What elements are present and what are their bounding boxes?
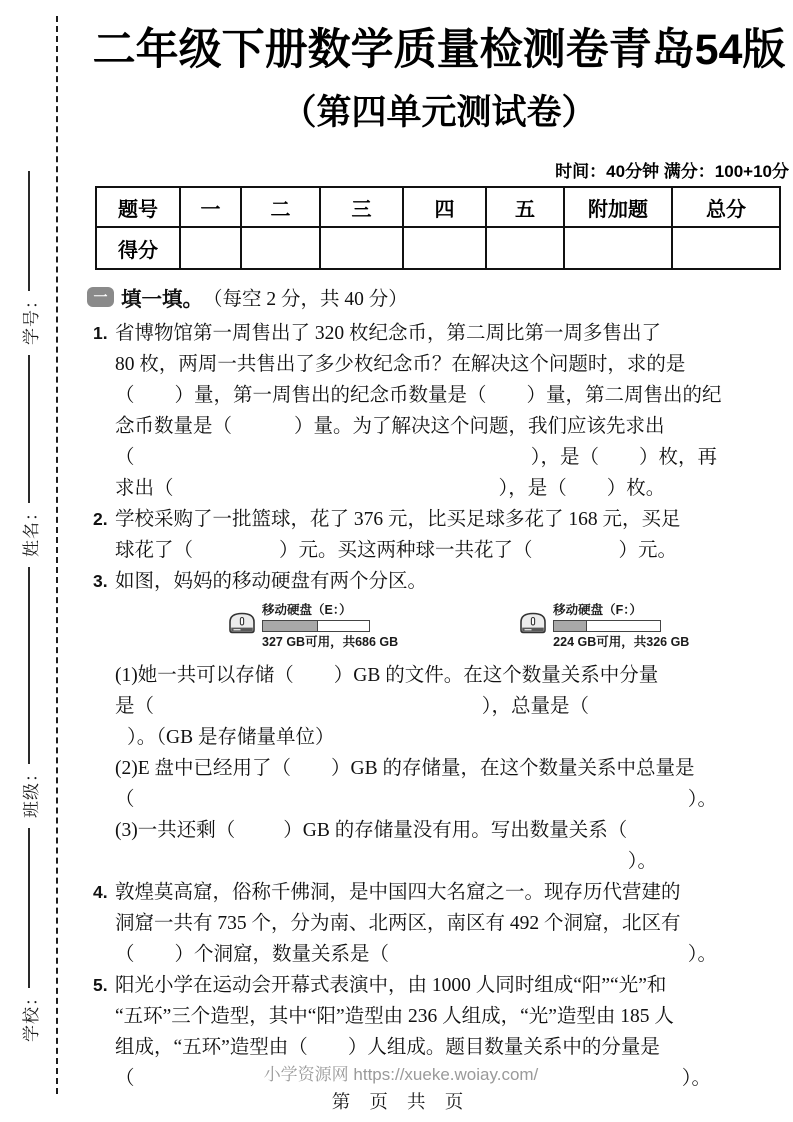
disk-info: 移动硬盘（F：）224 GB可用，共326 GB: [553, 603, 689, 650]
disk-item: 移动硬盘（F：）224 GB可用，共326 GB: [518, 603, 689, 655]
score-cell[interactable]: [241, 227, 320, 269]
question-line: （）。: [115, 784, 717, 815]
question-line: （）量，第一周售出的纪念币数量是（）量，第二周售出的纪: [115, 380, 717, 411]
margin-field: 姓名：: [17, 345, 42, 557]
seal-cut-line: [56, 16, 58, 1094]
score-table: 题号一二三四五附加题总分得分: [95, 186, 781, 270]
section-title: 填一填。: [121, 282, 203, 312]
text-segment: 省博物馆第一周售出了 320 枚纪念币，第二周比第一周多售出了: [115, 318, 661, 349]
section-badge: 一: [87, 287, 114, 307]
question-line: （），是（）枚，再: [115, 442, 717, 473]
text-segment: ）。: [628, 846, 657, 877]
margin-field-write-line[interactable]: [28, 828, 30, 988]
question: 2.学校采购了一批篮球，花了 376 元，比买足球多花了 168 元，买足球花了…: [115, 504, 717, 566]
disk-caption: 327 GB可用，共686 GB: [262, 635, 398, 650]
question-line: 敦煌莫高窟，俗称千佛洞，是中国四大名窟之一。现存历代营建的: [115, 877, 717, 908]
question-line: (3)一共还剩（）GB 的存储量没有用。写出数量关系（: [115, 815, 717, 846]
margin-field-label: 学号：: [22, 291, 44, 345]
question-number: 2.: [93, 504, 108, 535]
score-cell[interactable]: [672, 227, 780, 269]
text-segment: 是（: [115, 691, 154, 722]
text-segment: ）枚。: [607, 473, 666, 504]
disk-name: 移动硬盘（E：）: [262, 603, 398, 618]
text-segment: 阳光小学在运动会开幕式表演中，由 1000 人同时组成“阳”“光”和: [115, 970, 666, 1001]
score-cell[interactable]: [486, 227, 564, 269]
question-line: ）。: [115, 846, 717, 877]
text-segment: ）。（GB 是存储量单位）: [127, 722, 334, 753]
exam-paper-page: { "page": { "title": "二年级下册数学质量检测卷青岛54版"…: [0, 0, 793, 1122]
question-line: 省博物馆第一周售出了 320 枚纪念币，第二周比第一周多售出了: [115, 318, 717, 349]
disk-item: 移动硬盘（E：）327 GB可用，共686 GB: [227, 603, 398, 655]
text-segment: (2)E 盘中已经用了（: [115, 753, 291, 784]
margin-field: 学校：: [17, 818, 42, 1042]
question-line: 洞窟一共有 735 个，分为南、北两区，南区有 492 个洞窟，北区有: [115, 908, 717, 939]
text-segment: 求出（: [115, 473, 174, 504]
score-row-label: 得分: [96, 227, 180, 269]
text-segment: 念币数量是（: [115, 411, 232, 442]
disk-usage-bar: [262, 620, 370, 632]
question-line: 念币数量是（）量。为了解决这个问题，我们应该先求出: [115, 411, 717, 442]
text-segment: ）。: [688, 939, 717, 970]
section-note: （每空 2 分，共 40 分）: [203, 283, 408, 311]
questions: 1.省博物馆第一周售出了 320 枚纪念币，第二周比第一周多售出了80 枚，两周…: [115, 318, 717, 1094]
score-cell[interactable]: [564, 227, 672, 269]
margin-field-label: 班级：: [22, 764, 44, 818]
question-line: 80 枚，两周一共售出了多少枚纪念币？在解决这个问题时，求的是: [115, 349, 717, 380]
text-segment: （: [115, 939, 135, 970]
score-cell[interactable]: [320, 227, 403, 269]
margin-field-write-line[interactable]: [28, 171, 30, 291]
text-segment: ）量，第一周售出的纪念币数量是（: [175, 380, 487, 411]
margin-field: 班级：: [17, 557, 42, 818]
margin-field-write-line[interactable]: [28, 355, 30, 503]
score-header-cell: 附加题: [564, 187, 672, 227]
score-header-cell: 二: [241, 187, 320, 227]
text-segment: 如图，妈妈的移动硬盘有两个分区。: [115, 566, 427, 597]
text-segment: ），总量是（: [482, 691, 589, 722]
text-segment: （: [115, 784, 135, 815]
question-line: ）。（GB 是存储量单位）: [115, 722, 717, 753]
question-number: 1.: [93, 318, 108, 349]
text-segment: ）。: [688, 784, 717, 815]
question-line: （）个洞窟，数量关系是（）。: [115, 939, 717, 970]
page-subtitle: （第四单元测试卷）: [85, 85, 793, 135]
drive-icon: [227, 611, 257, 645]
text-segment: ）量。为了解决这个问题，我们应该先求出: [294, 411, 665, 442]
question-line: (2)E 盘中已经用了（）GB 的存储量，在这个数量关系中总量是: [115, 753, 717, 784]
score-header-cell: 三: [320, 187, 403, 227]
text-segment: ）GB 的文件。在这个数量关系中分量: [334, 660, 658, 691]
question-line: “五环”三个造型，其中“阳”造型由 236 人组成，“光”造型由 185 人: [115, 1001, 717, 1032]
disk-usage-fill: [554, 621, 587, 631]
text-segment: ）量，第二周售出的纪: [527, 380, 722, 411]
text-segment: ）元。买这两种球一共花了（: [279, 535, 533, 566]
text-segment: 80 枚，两周一共售出了多少枚纪念币？在解决这个问题时，求的是: [115, 349, 685, 380]
disk-usage-bar: [553, 620, 661, 632]
margin-strip: 学校：班级：姓名：学号：: [8, 92, 42, 1042]
question-line: 组成，“五环”造型由（）人组成。题目数量关系中的分量是: [115, 1032, 717, 1063]
text-segment: 球花了（: [115, 535, 193, 566]
text-segment: ），是（: [499, 473, 567, 504]
text-segment: ）个洞窟，数量关系是（: [175, 939, 390, 970]
text-segment: ），是（: [531, 442, 599, 473]
question-line: 如图，妈妈的移动硬盘有两个分区。: [115, 566, 717, 597]
score-header-row: 题号一二三四五附加题总分: [96, 187, 780, 227]
text-segment: ）元。: [619, 535, 678, 566]
score-header-cell: 题号: [96, 187, 180, 227]
text-segment: (3)一共还剩（: [115, 815, 235, 846]
disk-figure: 移动硬盘（E：）327 GB可用，共686 GB移动硬盘（F：）224 GB可用…: [227, 603, 717, 655]
drive-icon: [518, 611, 548, 645]
question-line: (1)她一共可以存储（）GB 的文件。在这个数量关系中分量: [115, 660, 717, 691]
score-value-row: 得分: [96, 227, 780, 269]
score-cell[interactable]: [180, 227, 241, 269]
margin-field-write-line[interactable]: [28, 567, 30, 764]
margin-field: 学号：: [17, 161, 42, 345]
question: 4.敦煌莫高窟，俗称千佛洞，是中国四大名窟之一。现存历代营建的洞窟一共有 735…: [115, 877, 717, 970]
footer-page-label: 第 页 共 页: [85, 1088, 717, 1114]
score-header-cell: 五: [486, 187, 564, 227]
question-number: 5.: [93, 970, 108, 1001]
text-segment: 敦煌莫高窟，俗称千佛洞，是中国四大名窟之一。现存历代营建的: [115, 877, 681, 908]
score-header-cell: 总分: [672, 187, 780, 227]
margin-field-label: 学校：: [22, 988, 44, 1042]
text-segment: （: [115, 380, 135, 411]
section-header: 一 填一填。 （每空 2 分，共 40 分）: [87, 282, 793, 312]
text-segment: ）人组成。题目数量关系中的分量是: [348, 1032, 660, 1063]
content-column: 二年级下册数学质量检测卷青岛54版 （第四单元测试卷） 时间：40分钟 满分：1…: [85, 0, 793, 1094]
question-line: 球花了（）元。买这两种球一共花了（）元。: [115, 535, 717, 566]
page-title: 二年级下册数学质量检测卷青岛54版: [85, 16, 793, 77]
question-number: 4.: [93, 877, 108, 908]
text-segment: （: [115, 442, 135, 473]
text-segment: (1)她一共可以存储（: [115, 660, 294, 691]
text-segment: 洞窟一共有 735 个，分为南、北两区，南区有 492 个洞窟，北区有: [115, 908, 681, 939]
exam-info: 时间：40分钟 满分：100+10分: [85, 157, 793, 182]
disk-usage-fill: [263, 621, 318, 631]
disk-caption: 224 GB可用，共326 GB: [553, 635, 689, 650]
question-line: 是（），总量是（: [115, 691, 717, 722]
footer: 小学资源网 https://xueke.woiay.com/ 第 页 共 页: [85, 1060, 717, 1114]
question-line: 求出（），是（）枚。: [115, 473, 717, 504]
question: 3.如图，妈妈的移动硬盘有两个分区。移动硬盘（E：）327 GB可用，共686 …: [115, 566, 717, 877]
disk-name: 移动硬盘（F：）: [553, 603, 689, 618]
footer-source: 小学资源网 https://xueke.woiay.com/: [85, 1060, 717, 1085]
margin-field-label: 姓名：: [22, 503, 44, 557]
score-cell[interactable]: [403, 227, 486, 269]
question-line: 学校采购了一批篮球，花了 376 元，比买足球多花了 168 元，买足: [115, 504, 717, 535]
text-segment: ）GB 的存储量，在这个数量关系中总量是: [331, 753, 694, 784]
question-number: 3.: [93, 566, 108, 597]
text-segment: “五环”三个造型，其中“阳”造型由 236 人组成，“光”造型由 185 人: [115, 1001, 674, 1032]
score-header-cell: 四: [403, 187, 486, 227]
text-segment: ）GB 的存储量没有用。写出数量关系（: [283, 815, 627, 846]
text-segment: 学校采购了一批篮球，花了 376 元，比买足球多花了 168 元，买足: [115, 504, 681, 535]
text-segment: ）枚，再: [639, 442, 717, 473]
question-line: 阳光小学在运动会开幕式表演中，由 1000 人同时组成“阳”“光”和: [115, 970, 717, 1001]
score-header-cell: 一: [180, 187, 241, 227]
score-table-body: 题号一二三四五附加题总分得分: [96, 187, 780, 269]
text-segment: 组成，“五环”造型由（: [115, 1032, 308, 1063]
question: 1.省博物馆第一周售出了 320 枚纪念币，第二周比第一周多售出了80 枚，两周…: [115, 318, 717, 504]
disk-info: 移动硬盘（E：）327 GB可用，共686 GB: [262, 603, 398, 650]
